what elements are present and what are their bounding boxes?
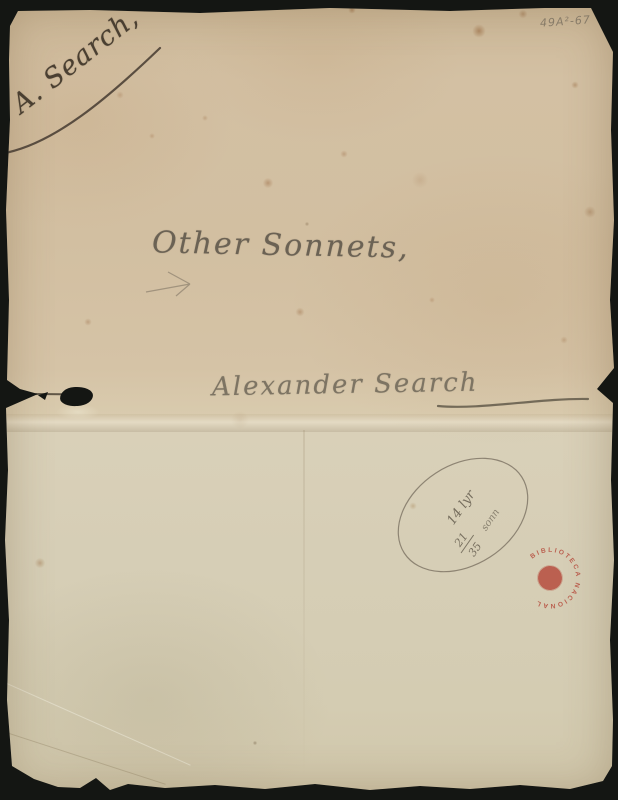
title-handwriting: Other Sonnets, (152, 225, 410, 265)
manuscript-page: A. Search, 49A²-67 Other Sonnets, Alexan… (0, 0, 618, 800)
archive-reference: 49A²-67 (540, 13, 592, 30)
ink-signature: A. Search, (6, 2, 144, 120)
corner-crease-2 (0, 728, 166, 785)
corner-crease (0, 675, 191, 765)
tear-highlight (56, 404, 100, 420)
stamp-center-seal (533, 561, 567, 595)
tally-line1: 14 lyr (444, 487, 479, 528)
scanned-document: A. Search, 49A²-67 Other Sonnets, Alexan… (0, 0, 618, 800)
pencil-arrow-mark (138, 262, 208, 302)
tear-slit (0, 393, 63, 396)
tally-numerator: 21 (451, 530, 470, 550)
paper-tear-hole (60, 386, 94, 407)
library-stamp: BIBLIOTECA NACIONAL (508, 536, 592, 620)
vertical-crease (303, 430, 305, 780)
tally-word: sonn (479, 507, 502, 533)
author-underline (430, 385, 600, 415)
